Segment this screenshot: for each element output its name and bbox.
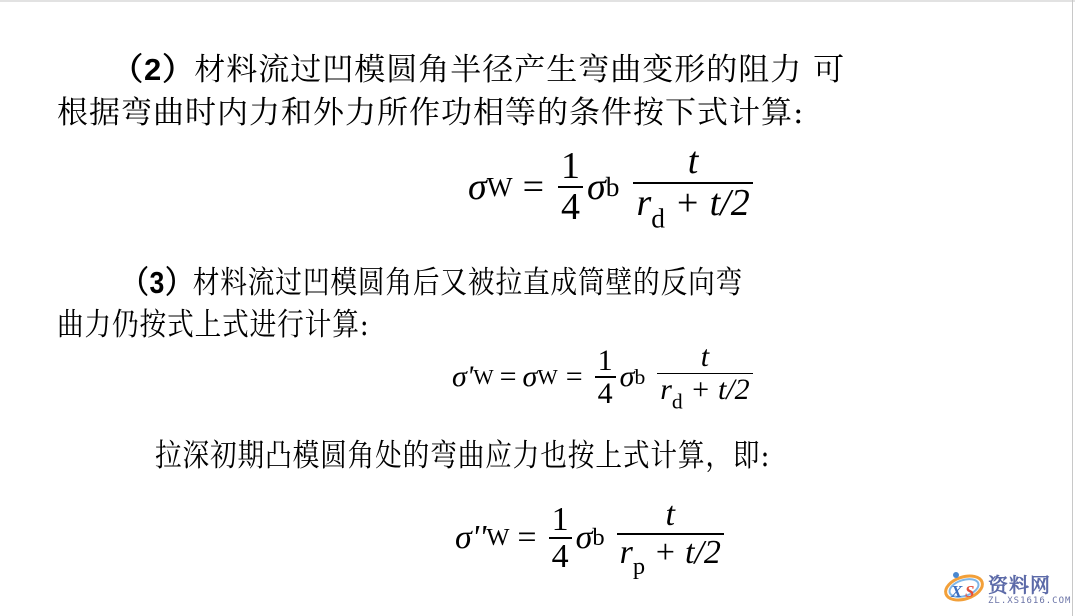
- frac-denominator: rp + t/2: [617, 535, 724, 580]
- sigma-b-subscript: b: [634, 365, 645, 390]
- r-symbol: r: [660, 373, 672, 406]
- frac-numerator: t: [663, 497, 678, 533]
- sigma-b-subscript: b: [606, 172, 620, 203]
- coef-denominator: 4: [549, 539, 572, 575]
- xs-logo-icon: X S: [942, 567, 986, 607]
- frac-denominator: rd + t/2: [657, 374, 752, 413]
- top-border: [0, 0, 1075, 2]
- equals-sign: =: [523, 165, 544, 209]
- thickness-fraction: t rp + t/2: [617, 497, 724, 579]
- section2-line1: （2）材料流过凹模圆角半径产生弯曲变形的阻力 可: [112, 50, 845, 90]
- coefficient-fraction: 1 4: [558, 147, 583, 229]
- frac-numerator: t: [698, 341, 712, 373]
- sigma-b-subscript: b: [592, 524, 604, 552]
- coef-denominator: 4: [595, 378, 616, 410]
- sigma-b-symbol: σ: [576, 519, 593, 557]
- section2-line1-text: 材料流过凹模圆角半径产生弯曲变形的阻力 可: [194, 52, 845, 88]
- section3-number: （3）: [122, 265, 193, 300]
- lhs-symbol: σ': [452, 360, 473, 394]
- lhs-subscript: W: [473, 365, 493, 390]
- section3-line1-text: 材料流过凹模圆角后又被拉直成筒壁的反向弯: [193, 265, 743, 301]
- r-subscript: p: [633, 553, 645, 580]
- svg-text:S: S: [965, 582, 974, 601]
- section3-line1: （3）材料流过凹模圆角后又被拉直成筒壁的反向弯: [122, 263, 743, 303]
- coefficient-fraction: 1 4: [549, 502, 572, 575]
- sigma-b-symbol: σ: [587, 165, 606, 209]
- r-subscript: d: [672, 390, 683, 414]
- thickness-fraction: t rd + t/2: [633, 142, 752, 233]
- formula-sigma-w: σW = 1 4 σb t rd + t/2: [468, 142, 757, 233]
- note-line: 拉深初期凸模圆角处的弯曲应力也按上式计算，即:: [155, 436, 770, 476]
- coef-numerator: 1: [558, 147, 583, 187]
- formula-sigma-w-prime: σ'W = σW = 1 4 σb t rd + t/2: [452, 341, 757, 413]
- r-subscript: d: [651, 203, 665, 233]
- frac-denominator: rd + t/2: [633, 184, 752, 233]
- r-symbol: r: [620, 534, 633, 571]
- right-border: [1072, 0, 1073, 616]
- lhs-symbol: σ: [468, 165, 487, 209]
- watermark-url: ZL.XS1616.COM: [988, 596, 1071, 606]
- thickness-fraction: t rd + t/2: [657, 341, 752, 413]
- sigma-b-symbol: σ: [620, 360, 635, 394]
- section2-line2: 根据弯曲时内力和外力所作功相等的条件按下式计算:: [57, 93, 804, 133]
- lhs-symbol: σ'': [455, 519, 486, 557]
- coef-numerator: 1: [595, 345, 616, 377]
- denominator-rest: + t/2: [674, 182, 749, 224]
- formula-sigma-w-double-prime: σ''W = 1 4 σb t rp + t/2: [455, 497, 728, 579]
- equals-sign-2: =: [566, 360, 583, 394]
- watermark-logo: X S 资料网 ZL.XS1616.COM: [942, 567, 1062, 611]
- svg-text:X: X: [950, 582, 963, 601]
- lhs-subscript: W: [486, 524, 509, 552]
- r-symbol: r: [636, 182, 651, 224]
- section3-line2: 曲力仍按式上式进行计算:: [57, 305, 370, 345]
- section2-number: （2）: [112, 52, 194, 87]
- coef-denominator: 4: [558, 188, 583, 228]
- coef-numerator: 1: [549, 502, 572, 538]
- lhs-subscript: W: [487, 172, 513, 203]
- denominator-rest: + t/2: [654, 534, 721, 571]
- equals-sign: =: [517, 519, 536, 557]
- frac-numerator: t: [685, 142, 702, 182]
- sigma-w-subscript: W: [537, 365, 557, 390]
- sigma-w-symbol: σ: [523, 360, 538, 394]
- denominator-rest: + t/2: [690, 373, 749, 406]
- equals-sign-1: =: [500, 360, 517, 394]
- coefficient-fraction: 1 4: [595, 345, 616, 410]
- watermark-title: 资料网: [988, 569, 1051, 598]
